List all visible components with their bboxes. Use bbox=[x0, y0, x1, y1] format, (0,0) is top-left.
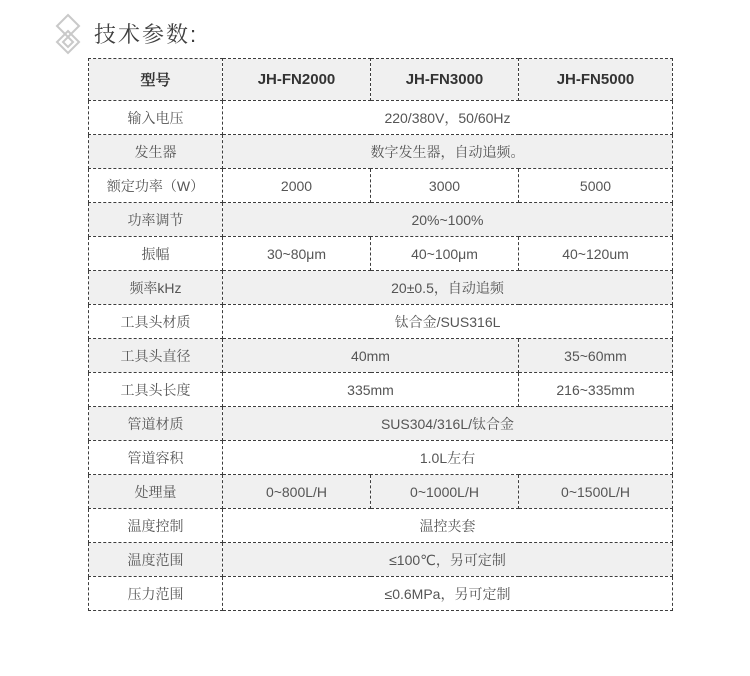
value-cell: 40~100μm bbox=[371, 237, 519, 271]
value-cell: ≤0.6MPa，另可定制 bbox=[223, 577, 673, 611]
value-cell: 钛合金/SUS316L bbox=[223, 305, 673, 339]
table-row: 输入电压220/380V，50/60Hz bbox=[89, 101, 673, 135]
row-label: 压力范围 bbox=[89, 577, 223, 611]
table-header-row: 型号 JH-FN2000 JH-FN3000 JH-FN5000 bbox=[89, 59, 673, 101]
table-row: 工具头长度335mm216~335mm bbox=[89, 373, 673, 407]
row-label: 输入电压 bbox=[89, 101, 223, 135]
value-cell: 220/380V，50/60Hz bbox=[223, 101, 673, 135]
header-cell-model-label: 型号 bbox=[89, 59, 223, 101]
page: 技术参数: 型号 JH-FN2000 JH-FN3000 JH-FN5000 输… bbox=[0, 0, 750, 676]
row-label: 温度范围 bbox=[89, 543, 223, 577]
header-cell-model-2: JH-FN3000 bbox=[371, 59, 519, 101]
section-header: 技术参数: bbox=[48, 12, 198, 58]
table-row: 管道材质SUS304/316L/钛合金 bbox=[89, 407, 673, 441]
table-row: 额定功率（W）200030005000 bbox=[89, 169, 673, 203]
value-cell: 30~80μm bbox=[223, 237, 371, 271]
table-row: 振幅30~80μm40~100μm40~120um bbox=[89, 237, 673, 271]
table-row: 处理量0~800L/H0~1000L/H0~1500L/H bbox=[89, 475, 673, 509]
row-label: 功率调节 bbox=[89, 203, 223, 237]
value-cell: ≤100℃，另可定制 bbox=[223, 543, 673, 577]
spec-table: 型号 JH-FN2000 JH-FN3000 JH-FN5000 输入电压220… bbox=[88, 58, 673, 611]
row-label: 发生器 bbox=[89, 135, 223, 169]
row-label: 管道材质 bbox=[89, 407, 223, 441]
value-cell: 2000 bbox=[223, 169, 371, 203]
value-cell: 0~1000L/H bbox=[371, 475, 519, 509]
value-cell: 温控夹套 bbox=[223, 509, 673, 543]
row-label: 工具头长度 bbox=[89, 373, 223, 407]
value-cell: 3000 bbox=[371, 169, 519, 203]
value-cell: 数字发生器，自动追频。 bbox=[223, 135, 673, 169]
row-label: 振幅 bbox=[89, 237, 223, 271]
value-cell: 40~120um bbox=[519, 237, 673, 271]
header-cell-model-3: JH-FN5000 bbox=[519, 59, 673, 101]
value-cell: 0~1500L/H bbox=[519, 475, 673, 509]
table-row: 功率调节20%~100% bbox=[89, 203, 673, 237]
table-row: 工具头材质钛合金/SUS316L bbox=[89, 305, 673, 339]
value-cell: 0~800L/H bbox=[223, 475, 371, 509]
value-cell: 35~60mm bbox=[519, 339, 673, 373]
row-label: 温度控制 bbox=[89, 509, 223, 543]
table-row: 频率kHz20±0.5，自动追频 bbox=[89, 271, 673, 305]
table-row: 压力范围≤0.6MPa，另可定制 bbox=[89, 577, 673, 611]
value-cell: 5000 bbox=[519, 169, 673, 203]
value-cell: 20%~100% bbox=[223, 203, 673, 237]
table-row: 发生器数字发生器，自动追频。 bbox=[89, 135, 673, 169]
row-label: 管道容积 bbox=[89, 441, 223, 475]
value-cell: 40mm bbox=[223, 339, 519, 373]
value-cell: 1.0L左右 bbox=[223, 441, 673, 475]
value-cell: 216~335mm bbox=[519, 373, 673, 407]
section-title: 技术参数: bbox=[94, 12, 198, 58]
row-label: 额定功率（W） bbox=[89, 169, 223, 203]
value-cell: SUS304/316L/钛合金 bbox=[223, 407, 673, 441]
row-label: 工具头直径 bbox=[89, 339, 223, 373]
table-row: 管道容积1.0L左右 bbox=[89, 441, 673, 475]
table-row: 温度范围≤100℃，另可定制 bbox=[89, 543, 673, 577]
table-row: 工具头直径40mm35~60mm bbox=[89, 339, 673, 373]
row-label: 工具头材质 bbox=[89, 305, 223, 339]
double-diamond-icon bbox=[48, 12, 88, 58]
value-cell: 20±0.5，自动追频 bbox=[223, 271, 673, 305]
row-label: 频率kHz bbox=[89, 271, 223, 305]
table-row: 温度控制温控夹套 bbox=[89, 509, 673, 543]
header-cell-model-1: JH-FN2000 bbox=[223, 59, 371, 101]
row-label: 处理量 bbox=[89, 475, 223, 509]
value-cell: 335mm bbox=[223, 373, 519, 407]
